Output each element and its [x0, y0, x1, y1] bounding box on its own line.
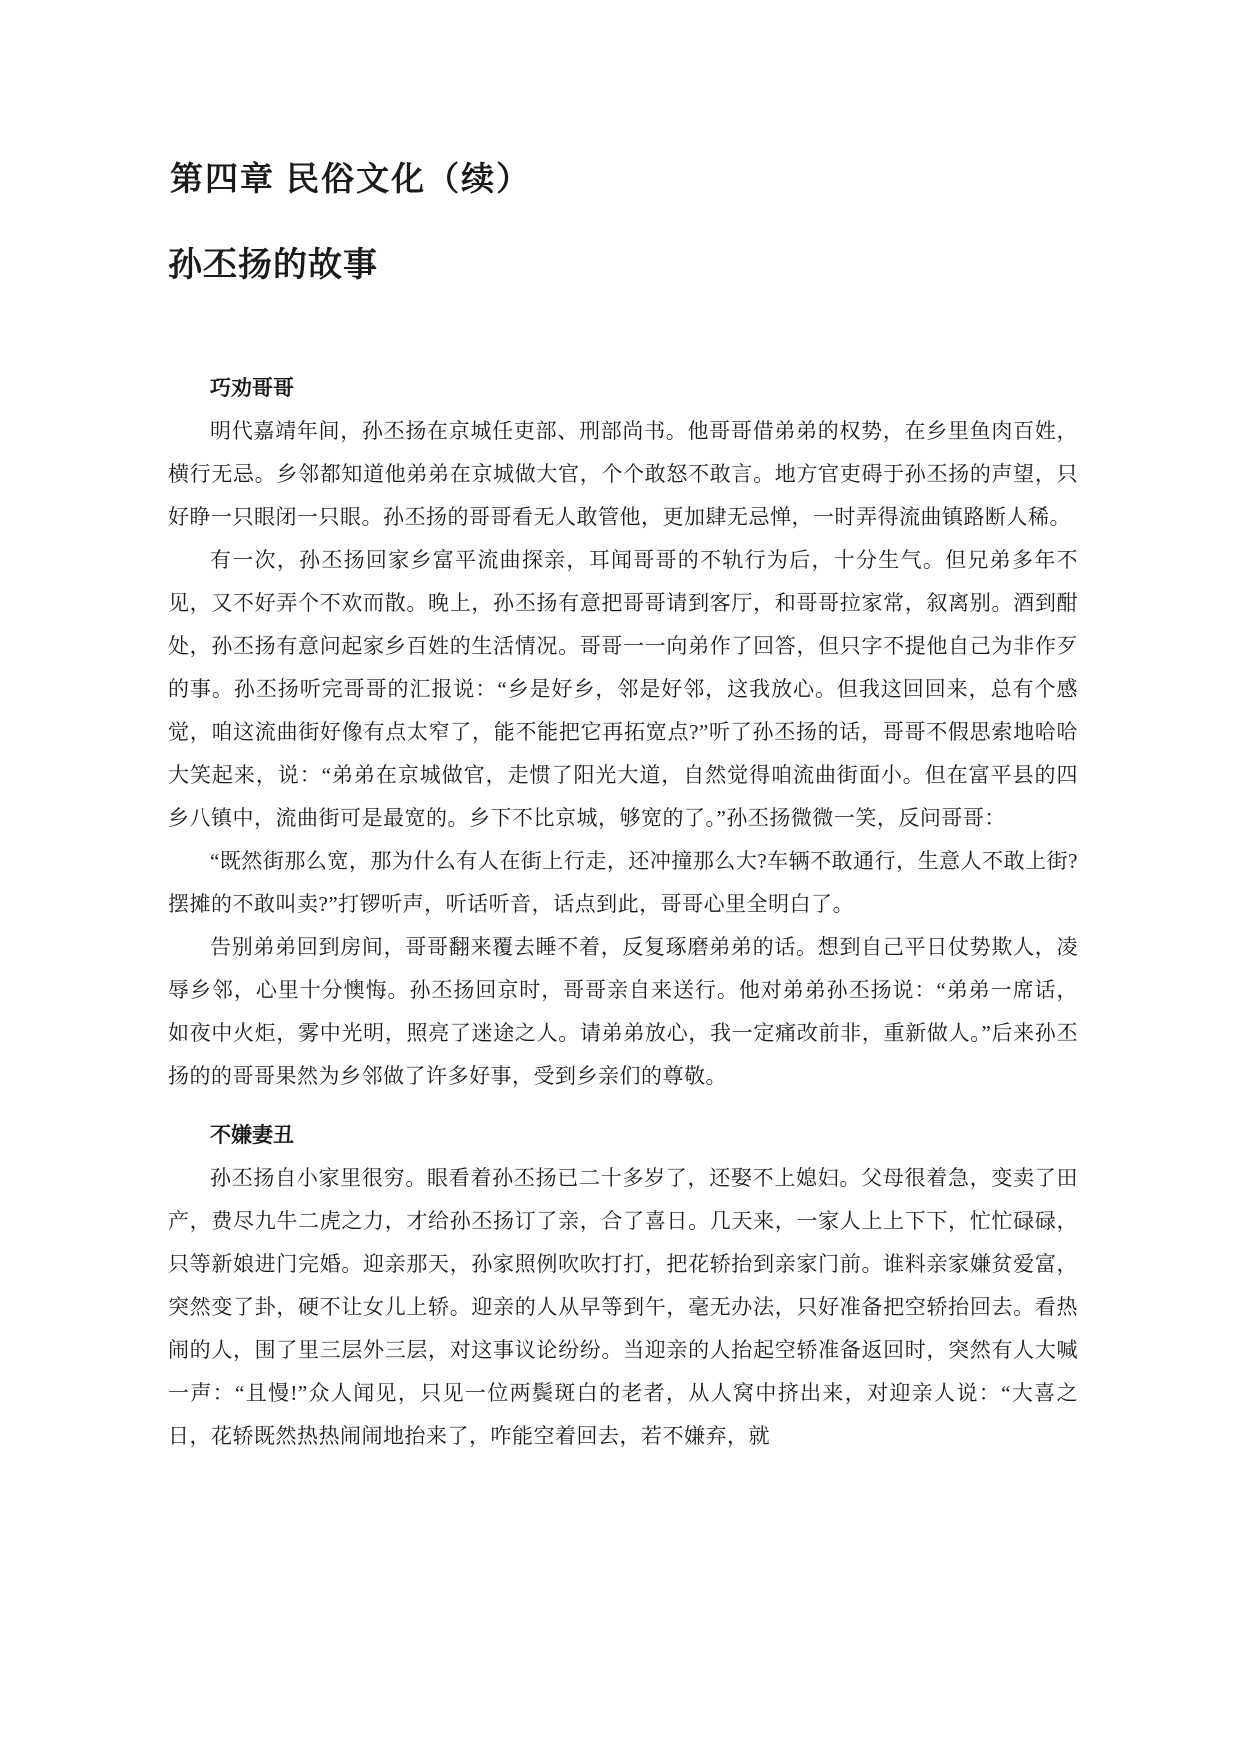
document-page: 第四章 民俗文化（续） 孙丕扬的故事 巧劝哥哥 明代嘉靖年间，孙丕扬在京城任吏部…	[0, 0, 1240, 1754]
paragraph: 告别弟弟回到房间，哥哥翻来覆去睡不着，反复琢磨弟弟的话。想到自己平日仗势欺人，凌…	[168, 926, 1078, 1098]
section-heading-bu-xian-qi-chou: 不嫌妻丑	[168, 1114, 1078, 1157]
paragraph: “既然街那么宽，那为什么有人在街上行走，还冲撞那么大?车辆不敢通行，生意人不敢上…	[168, 840, 1078, 926]
section-heading-qiao-quan-gege: 巧劝哥哥	[168, 367, 1078, 410]
story-title: 孙丕扬的故事	[168, 246, 1078, 287]
paragraph: 孙丕扬自小家里很穷。眼看着孙丕扬已二十多岁了，还娶不上媳妇。父母很着急，变卖了田…	[168, 1157, 1078, 1458]
paragraph: 有一次，孙丕扬回家乡富平流曲探亲，耳闻哥哥的不轨行为后，十分生气。但兄弟多年不见…	[168, 539, 1078, 840]
chapter-title: 第四章 民俗文化（续）	[170, 158, 1078, 199]
paragraph: 明代嘉靖年间，孙丕扬在京城任吏部、刑部尚书。他哥哥借弟弟的权势，在乡里鱼肉百姓，…	[168, 410, 1078, 539]
